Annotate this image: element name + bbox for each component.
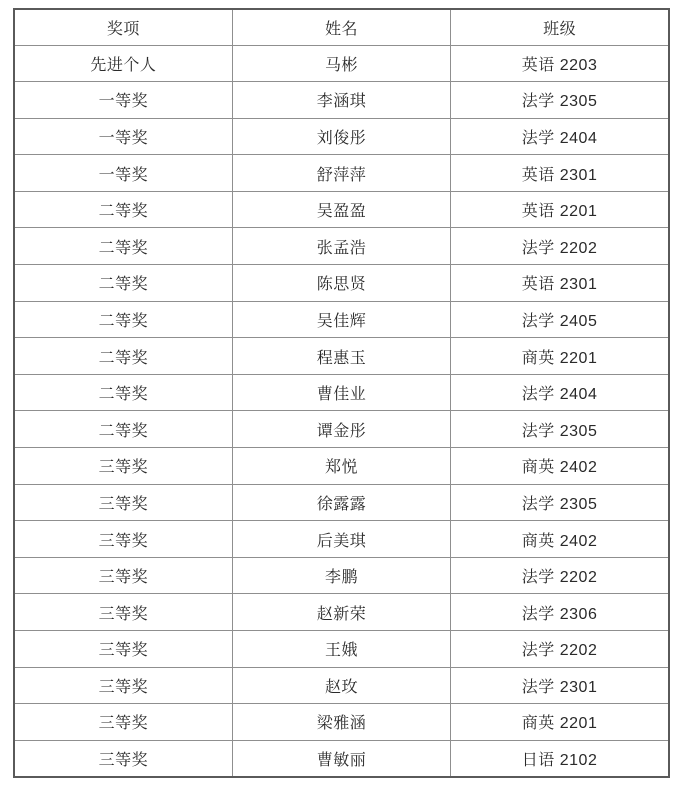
class-cell: 英语 2203	[451, 45, 669, 82]
table-row: 二等奖谭金彤法学 2305	[14, 411, 669, 448]
award-cell: 二等奖	[14, 411, 232, 448]
class-cell: 商英 2402	[451, 521, 669, 558]
class-cell: 商英 2201	[451, 704, 669, 741]
name-cell: 舒萍萍	[232, 155, 450, 192]
award-cell: 三等奖	[14, 448, 232, 485]
header-row: 奖项 姓名 班级	[14, 9, 669, 45]
table-row: 三等奖后美琪商英 2402	[14, 521, 669, 558]
class-cell: 商英 2201	[451, 338, 669, 375]
table-row: 二等奖吴佳辉法学 2405	[14, 301, 669, 338]
class-cell: 法学 2404	[451, 374, 669, 411]
name-cell: 郑悦	[232, 448, 450, 485]
award-cell: 三等奖	[14, 557, 232, 594]
award-cell: 三等奖	[14, 594, 232, 631]
table-row: 三等奖王娥法学 2202	[14, 631, 669, 668]
name-cell: 谭金彤	[232, 411, 450, 448]
award-list-table: 奖项 姓名 班级 先进个人马彬英语 2203一等奖李涵琪法学 2305一等奖刘俊…	[13, 8, 670, 778]
class-cell: 日语 2102	[451, 740, 669, 777]
class-cell: 法学 2305	[451, 411, 669, 448]
header-award: 奖项	[14, 9, 232, 45]
award-cell: 二等奖	[14, 191, 232, 228]
table-row: 三等奖徐露露法学 2305	[14, 484, 669, 521]
table-row: 一等奖舒萍萍英语 2301	[14, 155, 669, 192]
award-cell: 三等奖	[14, 484, 232, 521]
award-cell: 二等奖	[14, 301, 232, 338]
name-cell: 后美琪	[232, 521, 450, 558]
name-cell: 李涵琪	[232, 82, 450, 119]
name-cell: 程惠玉	[232, 338, 450, 375]
award-cell: 先进个人	[14, 45, 232, 82]
class-cell: 法学 2305	[451, 82, 669, 119]
name-cell: 梁雅涵	[232, 704, 450, 741]
table-row: 一等奖李涵琪法学 2305	[14, 82, 669, 119]
award-cell: 一等奖	[14, 82, 232, 119]
table-row: 二等奖曹佳业法学 2404	[14, 374, 669, 411]
class-cell: 法学 2202	[451, 228, 669, 265]
table-row: 三等奖郑悦商英 2402	[14, 448, 669, 485]
class-cell: 英语 2301	[451, 265, 669, 302]
award-cell: 二等奖	[14, 228, 232, 265]
name-cell: 张孟浩	[232, 228, 450, 265]
table-row: 三等奖梁雅涵商英 2201	[14, 704, 669, 741]
award-cell: 二等奖	[14, 265, 232, 302]
table-row: 二等奖程惠玉商英 2201	[14, 338, 669, 375]
class-cell: 英语 2201	[451, 191, 669, 228]
table-row: 三等奖赵新荣法学 2306	[14, 594, 669, 631]
name-cell: 徐露露	[232, 484, 450, 521]
table-row: 三等奖曹敏丽日语 2102	[14, 740, 669, 777]
award-cell: 二等奖	[14, 338, 232, 375]
class-cell: 法学 2301	[451, 667, 669, 704]
class-cell: 商英 2402	[451, 448, 669, 485]
name-cell: 王娥	[232, 631, 450, 668]
table-body: 先进个人马彬英语 2203一等奖李涵琪法学 2305一等奖刘俊彤法学 2404一…	[14, 45, 669, 777]
class-cell: 法学 2202	[451, 631, 669, 668]
name-cell: 吴盈盈	[232, 191, 450, 228]
name-cell: 刘俊彤	[232, 118, 450, 155]
name-cell: 赵新荣	[232, 594, 450, 631]
class-cell: 法学 2306	[451, 594, 669, 631]
name-cell: 马彬	[232, 45, 450, 82]
award-cell: 三等奖	[14, 631, 232, 668]
name-cell: 赵玫	[232, 667, 450, 704]
award-cell: 三等奖	[14, 740, 232, 777]
award-cell: 二等奖	[14, 374, 232, 411]
class-cell: 英语 2301	[451, 155, 669, 192]
award-cell: 一等奖	[14, 155, 232, 192]
table-row: 三等奖李鹏法学 2202	[14, 557, 669, 594]
table-row: 二等奖张孟浩法学 2202	[14, 228, 669, 265]
table-header: 奖项 姓名 班级	[14, 9, 669, 45]
table-row: 先进个人马彬英语 2203	[14, 45, 669, 82]
award-cell: 三等奖	[14, 704, 232, 741]
award-cell: 一等奖	[14, 118, 232, 155]
award-cell: 三等奖	[14, 521, 232, 558]
table-row: 三等奖赵玫法学 2301	[14, 667, 669, 704]
header-class: 班级	[451, 9, 669, 45]
class-cell: 法学 2305	[451, 484, 669, 521]
name-cell: 吴佳辉	[232, 301, 450, 338]
name-cell: 李鹏	[232, 557, 450, 594]
class-cell: 法学 2404	[451, 118, 669, 155]
page: 奖项 姓名 班级 先进个人马彬英语 2203一等奖李涵琪法学 2305一等奖刘俊…	[0, 0, 680, 794]
name-cell: 陈思贤	[232, 265, 450, 302]
table-row: 二等奖吴盈盈英语 2201	[14, 191, 669, 228]
table-row: 二等奖陈思贤英语 2301	[14, 265, 669, 302]
name-cell: 曹佳业	[232, 374, 450, 411]
name-cell: 曹敏丽	[232, 740, 450, 777]
award-cell: 三等奖	[14, 667, 232, 704]
class-cell: 法学 2202	[451, 557, 669, 594]
class-cell: 法学 2405	[451, 301, 669, 338]
header-name: 姓名	[232, 9, 450, 45]
table-row: 一等奖刘俊彤法学 2404	[14, 118, 669, 155]
